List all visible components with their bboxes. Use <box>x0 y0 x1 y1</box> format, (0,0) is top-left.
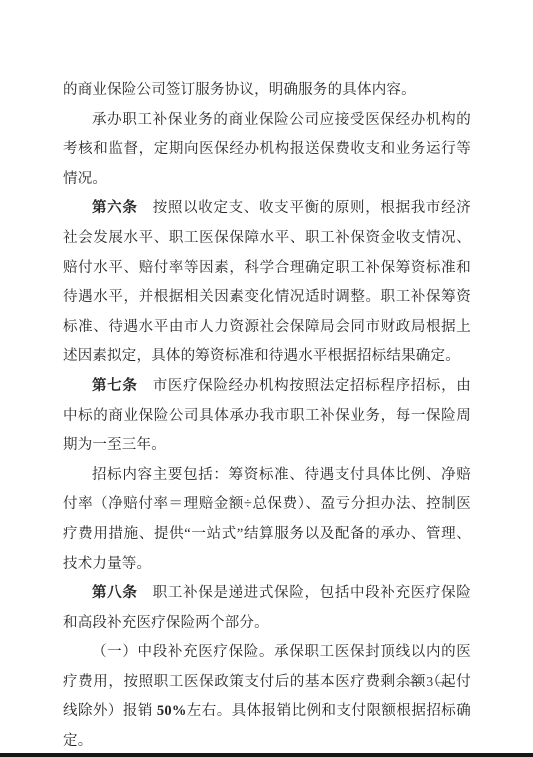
bold-text-segment: 第八条 <box>92 585 138 601</box>
paragraph: 第七条 市医疗保险经办机构按照法定招标程序招标，由中标的商业保险公司具体承办我市… <box>63 372 471 461</box>
text-segment: 的商业保险公司签订服务协议，明确服务的具体内容。 <box>63 82 416 98</box>
page-text: 的商业保险公司签订服务协议，明确服务的具体内容。承办职工补保业务的商业保险公司应… <box>63 76 471 757</box>
bold-text-segment: 第六条 <box>92 200 138 216</box>
page-number: — 3 — <box>400 674 460 690</box>
paragraph: 的商业保险公司签订服务协议，明确服务的具体内容。 <box>63 76 471 106</box>
paragraph: 第八条 职工补保是递进式保险，包括中段补充医疗保险和高段补充医疗保险两个部分。 <box>63 579 471 638</box>
paragraph: （一）中段补充医疗保险。承保职工医保封顶线以内的医疗费用，按照职工医保政策支付后… <box>63 638 471 756</box>
document-page: 的商业保险公司签订服务协议，明确服务的具体内容。承办职工补保业务的商业保险公司应… <box>0 0 533 757</box>
bold-text-segment: 50% <box>157 703 187 719</box>
text-segment: 承办职工补保业务的商业保险公司应接受医保经办机构的考核和监督，定期向医保经办机构… <box>63 112 471 187</box>
paragraph: 第六条 按照以收定支、收支平衡的原则，根据我市经济社会发展水平、职工医保保障水平… <box>63 194 471 372</box>
paragraph: 承办职工补保业务的商业保险公司应接受医保经办机构的考核和监督，定期向医保经办机构… <box>63 106 471 195</box>
bold-text-segment: 第七条 <box>92 378 138 394</box>
scan-edge-line <box>0 753 533 757</box>
text-segment: 招标内容主要包括：筹资标准、待遇支付具体比例、净赔付率（净赔付率＝理赔金额÷总保… <box>63 467 471 572</box>
paragraph: 招标内容主要包括：筹资标准、待遇支付具体比例、净赔付率（净赔付率＝理赔金额÷总保… <box>63 461 471 579</box>
text-segment: 按照以收定支、收支平衡的原则，根据我市经济社会发展水平、职工医保保障水平、职工补… <box>63 200 471 364</box>
